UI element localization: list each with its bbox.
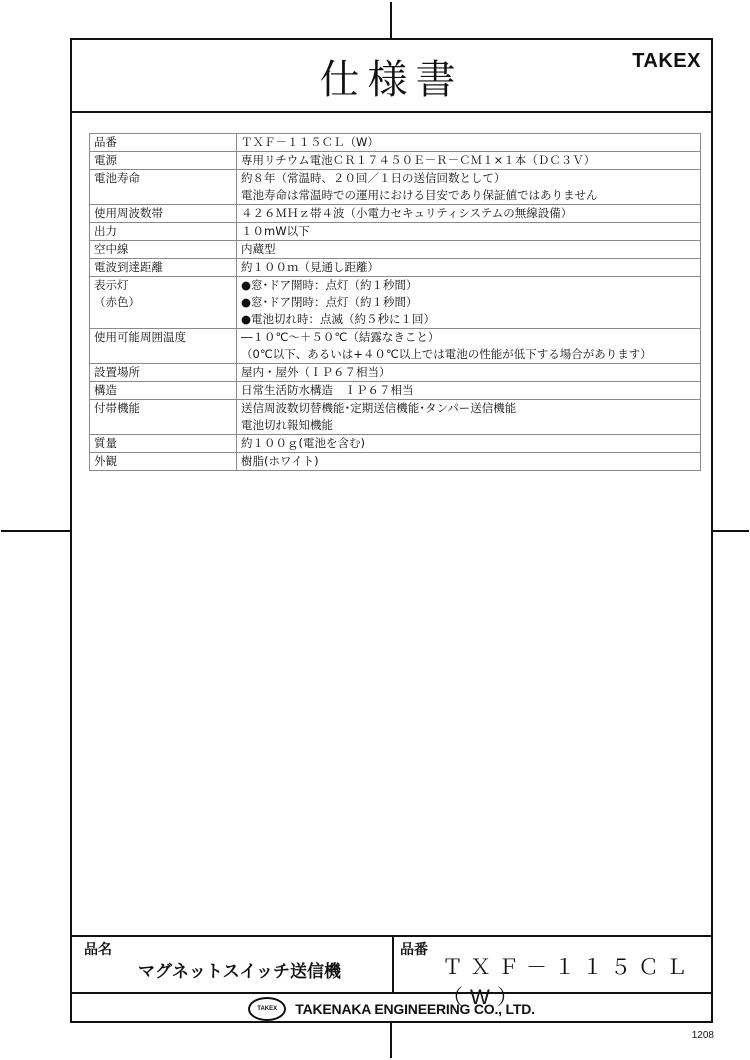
spec-label: 構造 <box>94 382 232 399</box>
spec-label: 外観 <box>94 453 232 470</box>
spec-label: 表示灯 <box>94 277 232 294</box>
spec-value-cell: 約１００ｍ（見通し距離） <box>237 259 701 277</box>
spec-value-cell: 樹脂(ホワイト) <box>237 453 701 471</box>
spec-value: 屋内・屋外（ＩＰ６７相当） <box>241 364 696 381</box>
spec-label-cell: 電波到達距離 <box>90 259 237 277</box>
spec-value: 内蔵型 <box>241 241 696 258</box>
table-row: 付帯機能送信周波数切替機能･定期送信機能･タンパー送信機能電池切れ報知機能 <box>90 400 701 435</box>
table-row: 質量約１００ｇ(電池を含む) <box>90 435 701 453</box>
product-code-label: 品番 <box>400 939 428 959</box>
spec-label-cell: 出力 <box>90 223 237 241</box>
product-info-row: 品名 マグネットスイッチ送信機 品番 ＴＸＦ－１１５ＣＬ（W） <box>72 935 711 994</box>
spec-value: （0℃以下、あるいは+４０℃以上では電池の性能が低下する場合があります） <box>241 346 696 363</box>
spec-label: 質量 <box>94 435 232 452</box>
table-row: 外観樹脂(ホワイト) <box>90 453 701 471</box>
table-row: 品番ＴＸＦ－１１５ＣＬ（W） <box>90 134 701 152</box>
spec-value-cell: ＴＸＦ－１１５ＣＬ（W） <box>237 134 701 152</box>
spec-label-cell: 付帯機能 <box>90 400 237 435</box>
spec-label-cell: 質量 <box>90 435 237 453</box>
document-header: 仕様書 TAKEX <box>72 40 711 113</box>
spec-value: 専用リチウム電池ＣＲ１７４５０Ｅ－Ｒ－ＣＭ１×１本（ＤＣ３Ｖ） <box>241 152 696 169</box>
spec-label-cell: 使用周波数帯 <box>90 205 237 223</box>
spec-value-cell: 送信周波数切替機能･定期送信機能･タンパー送信機能電池切れ報知機能 <box>237 400 701 435</box>
spec-value-cell: ●窓･ドア開時：点灯（約１秒間）●窓･ドア閉時：点灯（約１秒間）●電池切れ時：点… <box>237 277 701 329</box>
spec-label-cell: 品番 <box>90 134 237 152</box>
company-name: TAKENAKA ENGINEERING CO., LTD. <box>295 1001 535 1017</box>
spec-label: 空中線 <box>94 241 232 258</box>
spec-value: ４２６ＭＨｚ帯４波（小電力セキュリティシステムの無線設備） <box>241 205 696 222</box>
spec-value-cell: 約１００ｇ(電池を含む) <box>237 435 701 453</box>
spec-value-cell: ―１０℃～＋５０℃（結露なきこと）（0℃以下、あるいは+４０℃以上では電池の性能… <box>237 329 701 364</box>
spec-value: 約１００ｇ(電池を含む) <box>241 435 696 452</box>
spec-label: 電池寿命 <box>94 170 232 187</box>
table-row: 電波到達距離約１００ｍ（見通し距離） <box>90 259 701 277</box>
brand-logo: TAKEX <box>632 50 701 73</box>
spec-label-cell: 電池寿命 <box>90 170 237 205</box>
spec-value-cell: 専用リチウム電池ＣＲ１７４５０Ｅ－Ｒ－ＣＭ１×１本（ＤＣ３Ｖ） <box>237 152 701 170</box>
spec-label-cell: 電源 <box>90 152 237 170</box>
spec-table: 品番ＴＸＦ－１１５ＣＬ（W）電源専用リチウム電池ＣＲ１７４５０Ｅ－Ｒ－ＣＭ１×１… <box>89 133 701 471</box>
spec-value: ●窓･ドア開時：点灯（約１秒間） <box>241 277 696 294</box>
product-code-cell: 品番 ＴＸＦ－１１５ＣＬ（W） <box>394 937 711 992</box>
document-number: 1208 <box>692 1030 714 1041</box>
spec-value: 電池寿命は常温時での運用における目安であり保証値ではありません <box>241 187 696 204</box>
spec-value-cell: １０mW以下 <box>237 223 701 241</box>
crop-mark-left <box>1 530 70 532</box>
table-row: 空中線内蔵型 <box>90 241 701 259</box>
spec-label-cell: 空中線 <box>90 241 237 259</box>
table-row: 出力１０mW以下 <box>90 223 701 241</box>
crop-mark-bottom <box>390 1023 392 1058</box>
company-row: TAKEX TAKENAKA ENGINEERING CO., LTD. <box>72 992 711 1023</box>
product-name-cell: 品名 マグネットスイッチ送信機 <box>72 937 394 992</box>
spec-label: 出力 <box>94 223 232 240</box>
spec-value: １０mW以下 <box>241 223 696 240</box>
spec-label-cell: 外観 <box>90 453 237 471</box>
spec-value-cell: 日常生活防水構造 ＩＰ６７相当 <box>237 382 701 400</box>
spec-label: 電源 <box>94 152 232 169</box>
spec-label: 設置場所 <box>94 364 232 381</box>
document-frame: 仕様書 TAKEX 品番ＴＸＦ－１１５ＣＬ（W）電源専用リチウム電池ＣＲ１７４５… <box>70 38 713 1023</box>
spec-value-cell: 内蔵型 <box>237 241 701 259</box>
spec-value-cell: 屋内・屋外（ＩＰ６７相当） <box>237 364 701 382</box>
spec-label-cell: 表示灯（赤色） <box>90 277 237 329</box>
table-row: 電源専用リチウム電池ＣＲ１７４５０Ｅ－Ｒ－ＣＭ１×１本（ＤＣ３Ｖ） <box>90 152 701 170</box>
spec-value: 電池切れ報知機能 <box>241 417 696 434</box>
spec-label: 電波到達距離 <box>94 259 232 276</box>
spec-label: 使用周波数帯 <box>94 205 232 222</box>
spec-label: 付帯機能 <box>94 400 232 417</box>
spec-value-cell: ４２６ＭＨｚ帯４波（小電力セキュリティシステムの無線設備） <box>237 205 701 223</box>
spec-value-cell: 約８年（常温時、２０回／１日の送信回数として）電池寿命は常温時での運用における目… <box>237 170 701 205</box>
table-row: 設置場所屋内・屋外（ＩＰ６７相当） <box>90 364 701 382</box>
spec-value: 樹脂(ホワイト) <box>241 453 696 470</box>
table-row: 使用周波数帯４２６ＭＨｚ帯４波（小電力セキュリティシステムの無線設備） <box>90 205 701 223</box>
table-row: 構造日常生活防水構造 ＩＰ６７相当 <box>90 382 701 400</box>
spec-value: 送信周波数切替機能･定期送信機能･タンパー送信機能 <box>241 400 696 417</box>
page-title: 仕様書 <box>72 48 711 105</box>
company-block: TAKEX TAKENAKA ENGINEERING CO., LTD. <box>72 997 711 1021</box>
spec-label: （赤色） <box>94 294 232 311</box>
spec-value: ●電池切れ時：点滅（約５秒に１回） <box>241 311 696 328</box>
product-name-label: 品名 <box>84 939 112 959</box>
spec-label-cell: 設置場所 <box>90 364 237 382</box>
spec-label: 使用可能周囲温度 <box>94 329 232 346</box>
spec-value: ＴＸＦ－１１５ＣＬ（W） <box>241 134 696 151</box>
takex-logo-icon: TAKEX <box>248 997 286 1021</box>
crop-mark-top <box>390 2 392 38</box>
spec-value: 約８年（常温時、２０回／１日の送信回数として） <box>241 170 696 187</box>
table-row: 表示灯（赤色）●窓･ドア開時：点灯（約１秒間）●窓･ドア閉時：点灯（約１秒間）●… <box>90 277 701 329</box>
spec-label-cell: 構造 <box>90 382 237 400</box>
crop-mark-right <box>713 530 749 532</box>
spec-value: 約１００ｍ（見通し距離） <box>241 259 696 276</box>
table-row: 電池寿命約８年（常温時、２０回／１日の送信回数として）電池寿命は常温時での運用に… <box>90 170 701 205</box>
product-name-value: マグネットスイッチ送信機 <box>138 957 341 982</box>
spec-value: ―１０℃～＋５０℃（結露なきこと） <box>241 329 696 346</box>
spec-value: ●窓･ドア閉時：点灯（約１秒間） <box>241 294 696 311</box>
table-row: 使用可能周囲温度―１０℃～＋５０℃（結露なきこと）（0℃以下、あるいは+４０℃以… <box>90 329 701 364</box>
spec-label-cell: 使用可能周囲温度 <box>90 329 237 364</box>
spec-label: 品番 <box>94 134 232 151</box>
spec-value: 日常生活防水構造 ＩＰ６７相当 <box>241 382 696 399</box>
